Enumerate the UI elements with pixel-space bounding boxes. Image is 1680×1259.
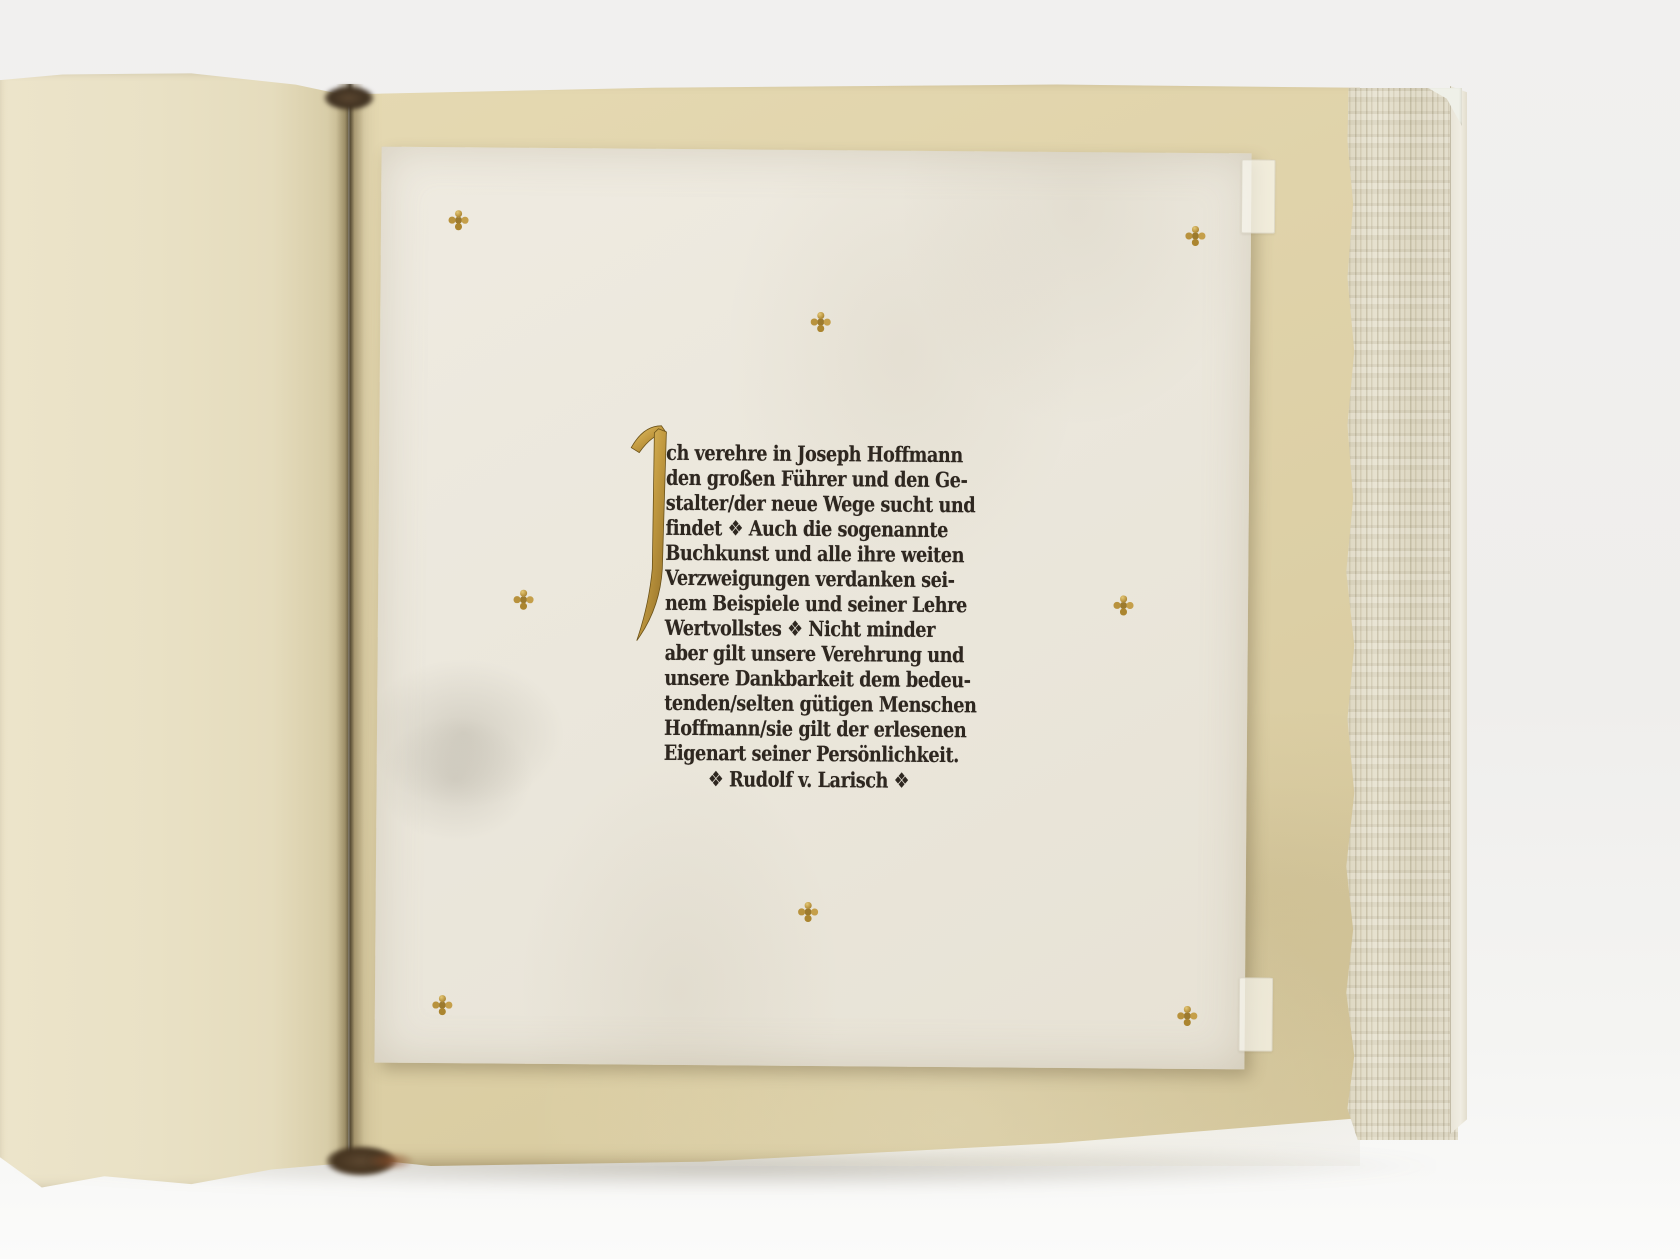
manuscript-line: ch verehre in Joseph Hoffmann — [666, 440, 956, 467]
gold-quatrefoil-ornament-icon — [810, 312, 830, 332]
book-gutter — [336, 84, 364, 1166]
deckled-fore-edge — [1344, 88, 1458, 1140]
headband-top — [324, 86, 374, 110]
left-blank-page — [0, 70, 348, 1192]
manuscript-line: tenden/selten gütigen Menschen — [664, 690, 954, 717]
gold-quatrefoil-ornament-icon — [448, 210, 468, 230]
gold-quatrefoil-ornament-icon — [513, 590, 533, 610]
vellum-cover-edge — [1450, 86, 1467, 1134]
calligraphy-text-block: ch verehre in Joseph Hoffmann den großen… — [664, 440, 957, 793]
manuscript-line: aber gilt unsere Verehrung und — [665, 640, 955, 667]
manuscript-line: den großen Führer und den Ge- — [666, 465, 956, 492]
mounting-tape — [1241, 159, 1276, 233]
manuscript-line: Buchkunst und alle ihre weiten — [665, 540, 955, 567]
manuscript-line: findet ❖ Auch die sogenannte — [666, 515, 956, 542]
signature-line: ❖ Rudolf v. Larisch ❖ — [664, 766, 954, 793]
gold-quatrefoil-ornament-icon — [798, 902, 818, 922]
gold-quatrefoil-ornament-icon — [432, 995, 452, 1015]
manuscript-line: Hoffmann/sie gilt der erlesenen — [664, 715, 954, 742]
manuscript-line: nem Beispiele und seiner Lehre — [665, 590, 955, 617]
gold-quatrefoil-ornament-icon — [1177, 1006, 1197, 1026]
gold-quatrefoil-ornament-icon — [1185, 226, 1205, 246]
manuscript-line: stalter/der neue Wege sucht und — [666, 490, 956, 517]
manuscript-line: unsere Dankbarkeit dem bedeu- — [664, 665, 954, 692]
spine-tail-fray — [368, 1152, 414, 1170]
manuscript-line: Eigenart seiner Persönlichkeit. — [664, 740, 954, 767]
manuscript-line: Verzweigungen verdanken sei- — [665, 565, 955, 592]
gold-quatrefoil-ornament-icon — [1113, 595, 1133, 615]
manuscript-line: Wertvollstes ❖ Nicht minder — [665, 615, 955, 642]
vellum-manuscript-leaf: ch verehre in Joseph Hoffmann den großen… — [374, 147, 1251, 1070]
mounting-tape — [1239, 977, 1274, 1051]
